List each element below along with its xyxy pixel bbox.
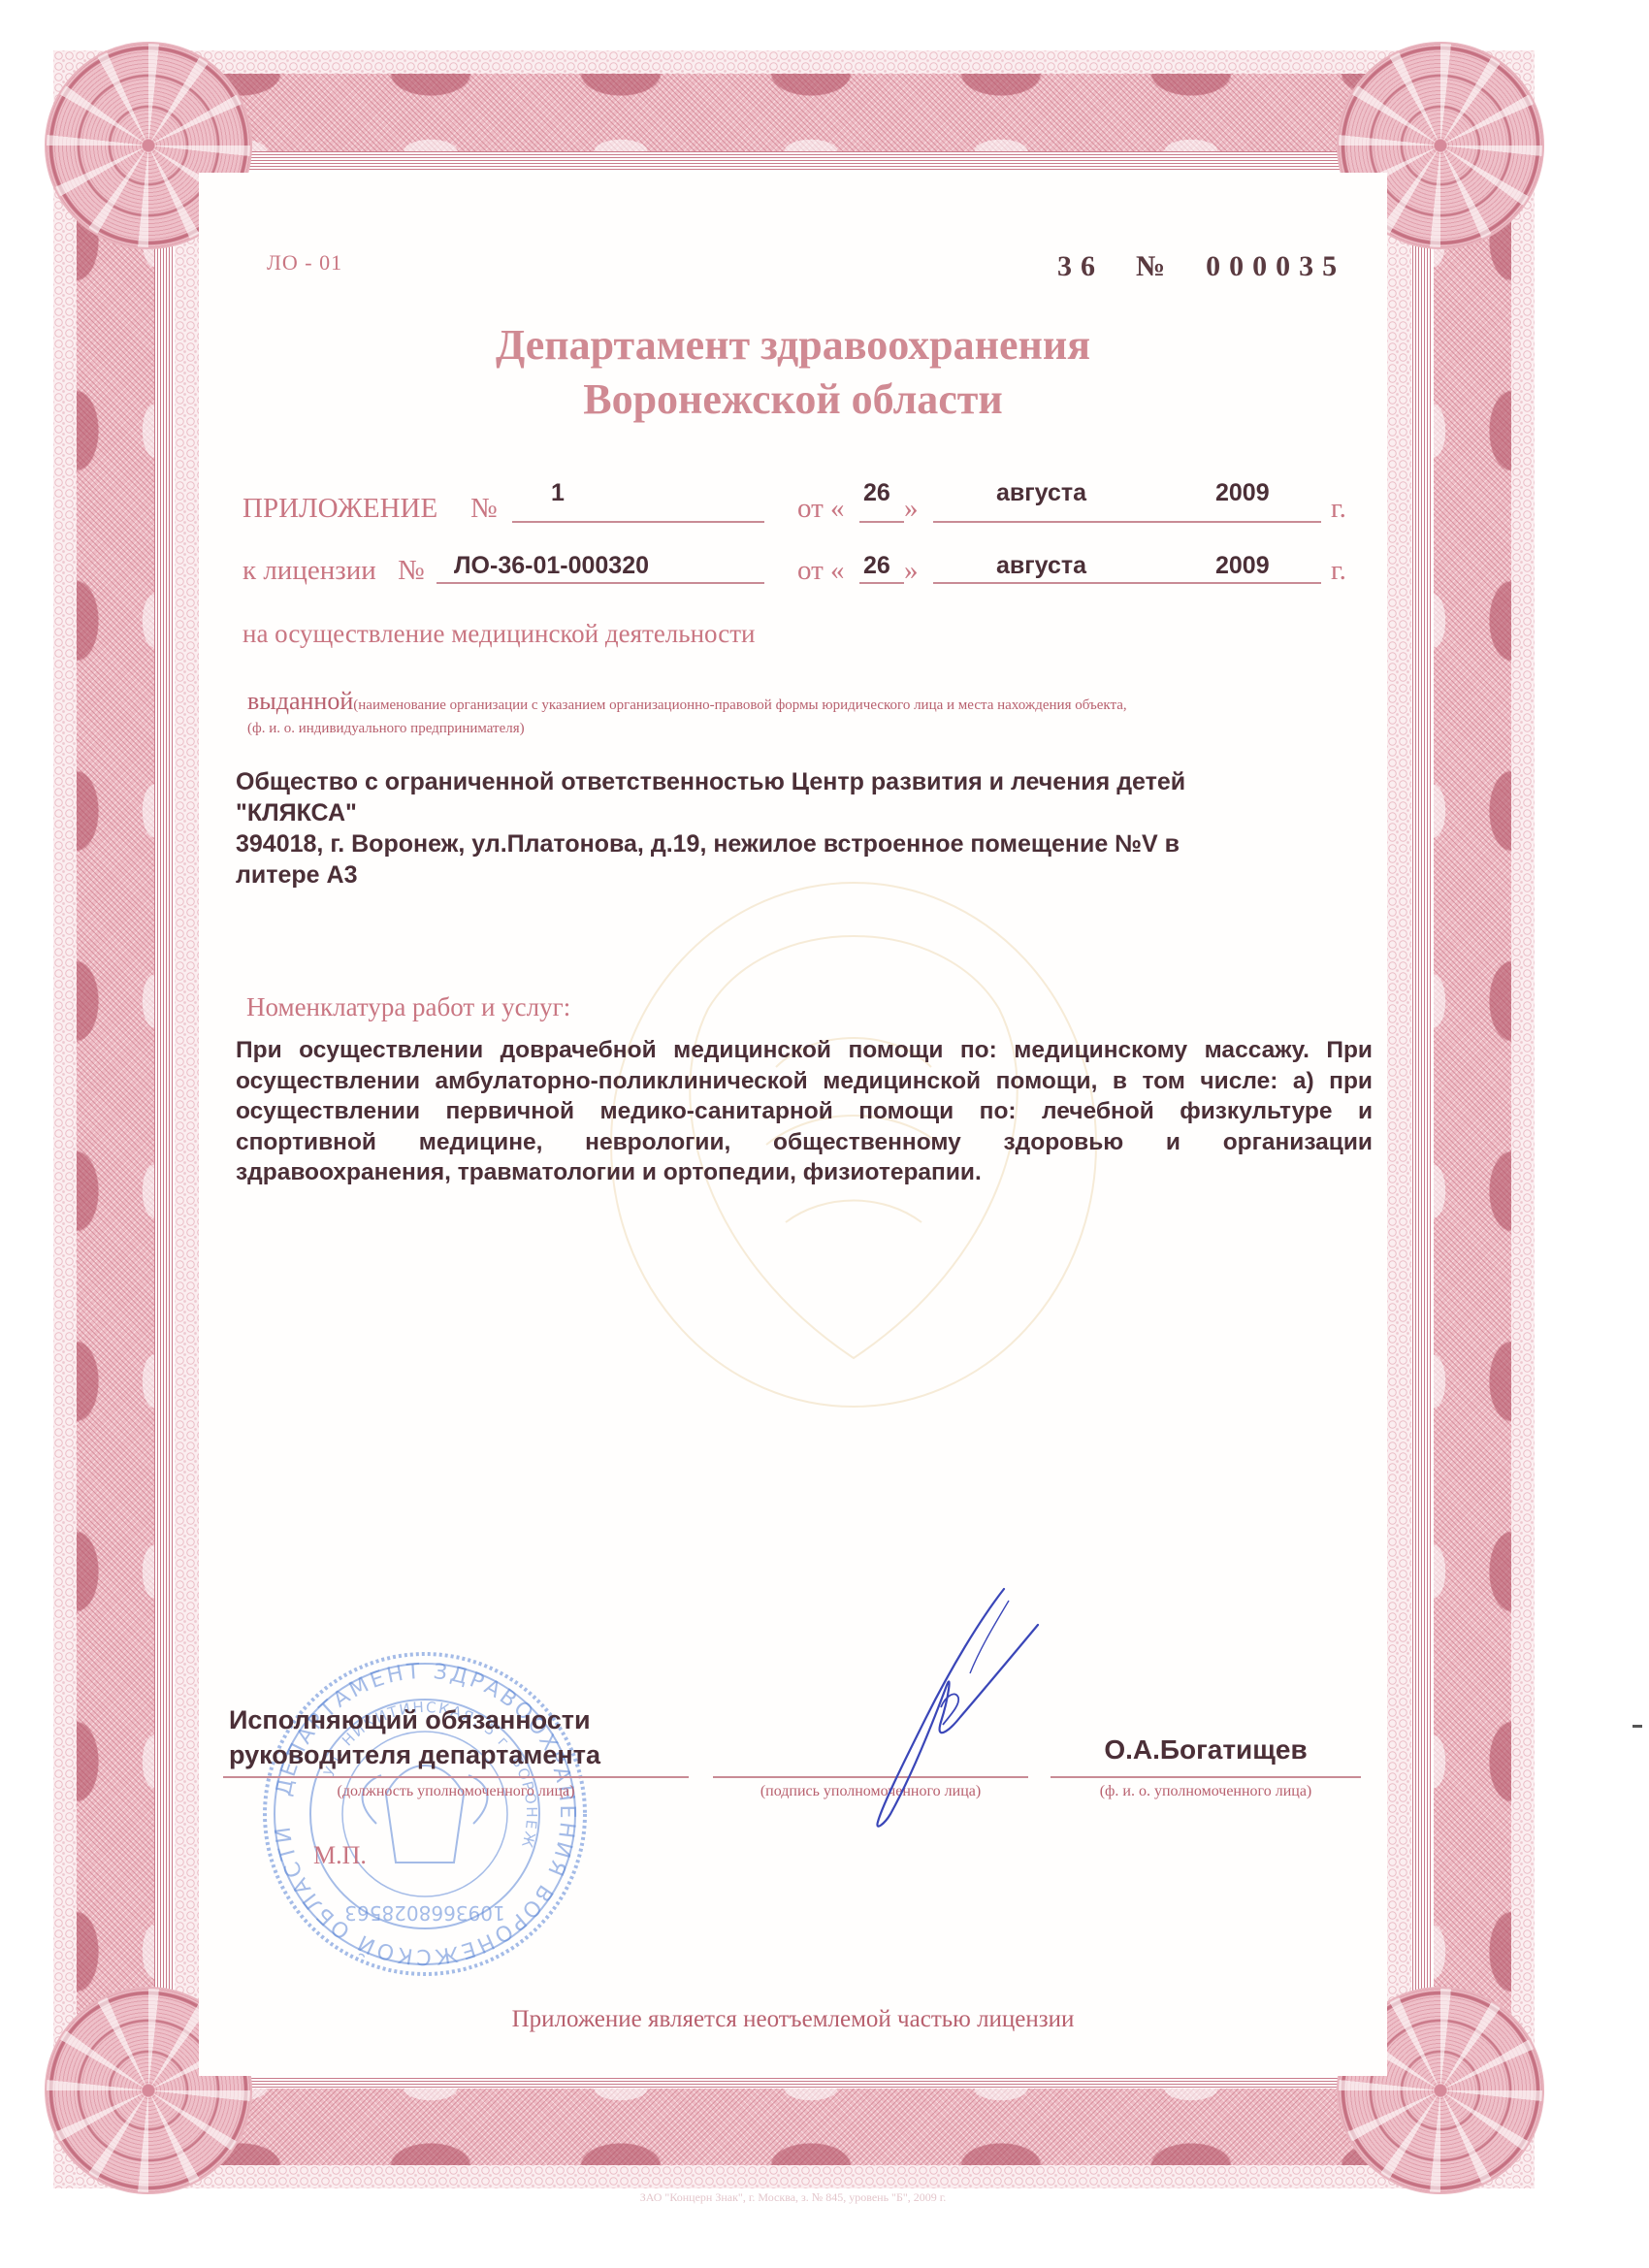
svg-text:1093668028563: 1093668028563 bbox=[344, 1901, 504, 1925]
border-inner-lace-right bbox=[1387, 171, 1411, 2072]
official-seal-icon: ДЕПАРТАМЕНТ ЗДРАВООХРАНЕНИЯ ВОРОНЕЖСКОЙ … bbox=[260, 1649, 590, 1979]
name-caption: (ф. и. о. уполномоченного лица) bbox=[1051, 1783, 1361, 1800]
issued-to-hint-line2: (ф. и. о. индивидуального предпринимател… bbox=[247, 721, 525, 737]
appendix-month: августа bbox=[996, 479, 1086, 507]
signatory-position-line1: Исполняющий обязанности bbox=[229, 1702, 600, 1737]
serial-number: 36 № 000035 bbox=[1057, 250, 1345, 283]
appendix-day-underline bbox=[859, 521, 904, 523]
issued-to-label: выданной bbox=[247, 687, 353, 715]
handwritten-signature-icon bbox=[834, 1581, 1057, 1833]
license-date-underline bbox=[933, 582, 1321, 584]
appendix-integrity-note: Приложение является неотъемлемой частью … bbox=[199, 2006, 1387, 2033]
license-year-suffix: г. bbox=[1331, 555, 1346, 587]
license-number: ЛО-36-01-000320 bbox=[454, 552, 649, 580]
position-underline bbox=[223, 1776, 689, 1778]
border-lace-left bbox=[53, 50, 77, 2188]
appendix-day: 26 bbox=[863, 479, 890, 507]
appendix-year: 2009 bbox=[1215, 479, 1270, 507]
appendix-label: ПРИЛОЖЕНИЕ bbox=[242, 493, 437, 525]
services-text: При осуществлении доврачебной медицинско… bbox=[236, 1035, 1373, 1188]
organization-address-line2: литере А3 bbox=[236, 859, 1373, 891]
license-label: к лицензии bbox=[242, 555, 376, 587]
signatory-position: Исполняющий обязанности руководителя деп… bbox=[229, 1702, 600, 1772]
seal-placeholder-label: М.П. bbox=[313, 1841, 367, 1870]
border-inner-lace-left bbox=[175, 171, 199, 2072]
appendix-from-label: от « bbox=[797, 493, 845, 525]
signatory-position-line2: руководителя департамента bbox=[229, 1737, 600, 1772]
printer-imprint: ЗАО "Концерн Знак", г. Москва, з. № 845,… bbox=[199, 2190, 1387, 2205]
border-rule-top bbox=[199, 151, 1387, 171]
issued-to-caption: выданной(наименование организации с указ… bbox=[247, 687, 1382, 716]
border-rule-left bbox=[154, 223, 174, 2047]
appendix-date-underline bbox=[933, 521, 1321, 523]
appendix-from-close: » bbox=[904, 493, 919, 525]
license-number-sign: № bbox=[398, 555, 425, 587]
license-from-label: от « bbox=[797, 555, 845, 587]
border-wave-top bbox=[145, 74, 1445, 151]
license-from-close: » bbox=[904, 555, 919, 587]
issued-to-hint-line1: (наименование организации с указанием ор… bbox=[353, 697, 1126, 713]
appendix-number-underline bbox=[512, 521, 764, 523]
form-code: ЛО - 01 bbox=[267, 250, 342, 275]
license-month: августа bbox=[996, 552, 1086, 580]
license-year: 2009 bbox=[1215, 552, 1270, 580]
border-wave-left bbox=[77, 146, 154, 2095]
signatory-name: О.А.Богатищев bbox=[1051, 1734, 1361, 1766]
border-wave-bottom bbox=[145, 2089, 1445, 2165]
border-lace-right bbox=[1511, 50, 1535, 2188]
appendix-number: 1 bbox=[551, 479, 565, 507]
name-underline bbox=[1051, 1776, 1361, 1778]
license-day: 26 bbox=[863, 552, 890, 580]
issuer-title-line1: Департамент здравоохранения bbox=[199, 320, 1387, 370]
border-rule-right bbox=[1412, 223, 1432, 2047]
border-wave-right bbox=[1434, 146, 1511, 2095]
organization-name-line1: Общество с ограниченной ответственностью… bbox=[236, 766, 1373, 797]
appendix-year-suffix: г. bbox=[1331, 493, 1346, 525]
license-day-underline bbox=[859, 582, 904, 584]
border-lace-bottom bbox=[53, 2165, 1535, 2188]
scan-mark bbox=[1633, 1725, 1642, 1728]
border-lace-top bbox=[53, 50, 1535, 74]
position-caption: (должность уполномоченного лица) bbox=[223, 1783, 689, 1800]
organization-block: Общество с ограниченной ответственностью… bbox=[236, 766, 1373, 891]
license-number-underline bbox=[436, 582, 764, 584]
appendix-number-sign: № bbox=[470, 493, 498, 525]
activity-type: на осуществление медицинской деятельност… bbox=[242, 619, 755, 649]
organization-name-line2: "КЛЯКСА" bbox=[236, 797, 1373, 828]
issuer-title-line2: Воронежской области bbox=[199, 374, 1387, 424]
services-heading: Номенклатура работ и услуг: bbox=[246, 992, 570, 1022]
organization-address-line1: 394018, г. Воронеж, ул.Платонова, д.19, … bbox=[236, 828, 1373, 859]
